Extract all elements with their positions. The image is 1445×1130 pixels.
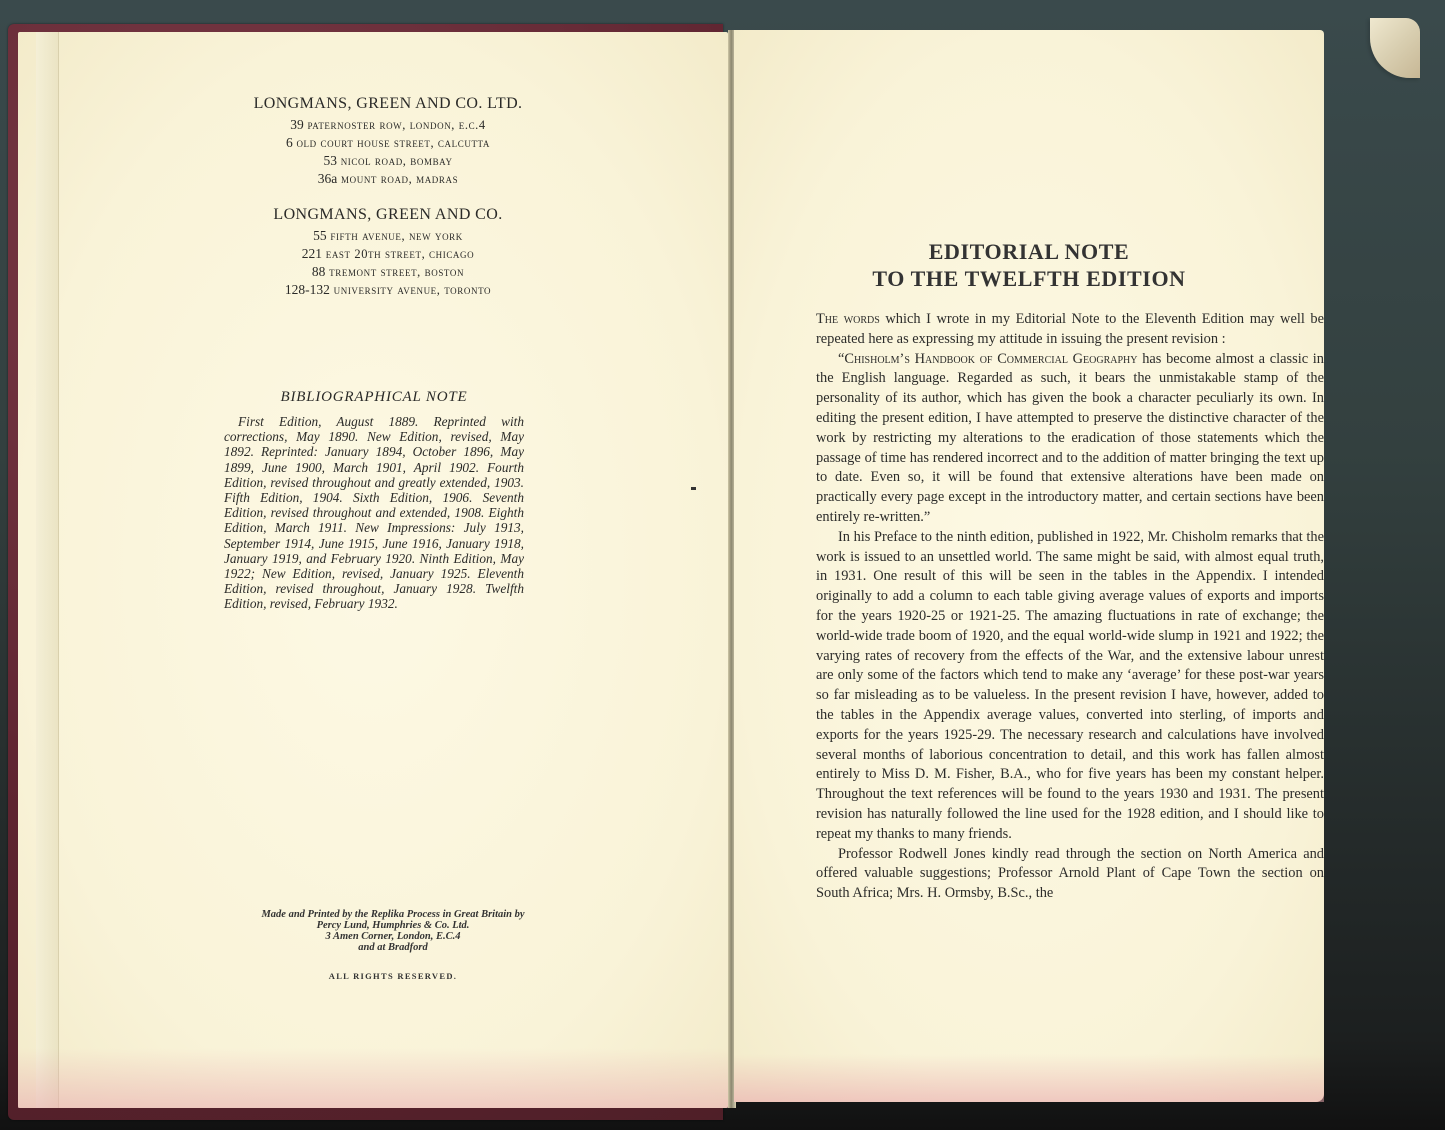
publisher-block-ltd: LONGMANS, GREEN AND CO. LTD. 39 paternos… — [208, 95, 568, 188]
address-line: 55 fifth avenue, new york — [208, 227, 568, 245]
address-line: 221 east 20th street, chicago — [208, 245, 568, 263]
publisher-name: LONGMANS, GREEN AND CO. — [208, 206, 568, 224]
address-line: 128-132 university avenue, toronto — [208, 281, 568, 299]
paragraph: “Chisholm’s Handbook of Commercial Geogr… — [816, 350, 1324, 528]
address-line: 36a mount road, madras — [208, 170, 568, 188]
page-stain — [18, 1048, 728, 1108]
editorial-note-body: The words which I wrote in my Editorial … — [816, 310, 1324, 904]
left-page: LONGMANS, GREEN AND CO. LTD. 39 paternos… — [18, 32, 728, 1108]
printer-imprint: Made and Printed by the Replika Process … — [208, 909, 578, 953]
rights-reserved: ALL RIGHTS RESERVED. — [208, 971, 578, 981]
page-stain — [734, 1054, 1324, 1102]
paragraph: The words which I wrote in my Editorial … — [816, 310, 1324, 350]
ink-speck — [691, 487, 696, 490]
address-line: 6 old court house street, calcutta — [208, 134, 568, 152]
right-page: EDITORIAL NOTE TO THE TWELFTH EDITION Th… — [734, 30, 1324, 1102]
address-line: 53 nicol road, bombay — [208, 152, 568, 170]
flyleaf-edge — [36, 32, 59, 1108]
publisher-block-co: LONGMANS, GREEN AND CO. 55 fifth avenue,… — [208, 206, 568, 299]
address-line: 88 tremont street, boston — [208, 263, 568, 281]
paragraph: In his Preface to the ninth edition, pub… — [816, 528, 1324, 845]
page-corner-curl — [1370, 18, 1420, 78]
address-line: 39 paternoster row, london, e.c.4 — [208, 116, 568, 134]
bibliographical-note-text: First Edition, August 1889. Reprinted wi… — [224, 414, 524, 612]
publisher-name: LONGMANS, GREEN AND CO. LTD. — [208, 95, 568, 113]
paragraph: Professor Rodwell Jones kindly read thro… — [816, 845, 1324, 904]
bibliographical-note: BIBLIOGRAPHICAL NOTE First Edition, Augu… — [224, 389, 524, 612]
editorial-note-title: EDITORIAL NOTE TO THE TWELFTH EDITION — [794, 238, 1264, 292]
bibliographical-note-title: BIBLIOGRAPHICAL NOTE — [224, 389, 524, 406]
